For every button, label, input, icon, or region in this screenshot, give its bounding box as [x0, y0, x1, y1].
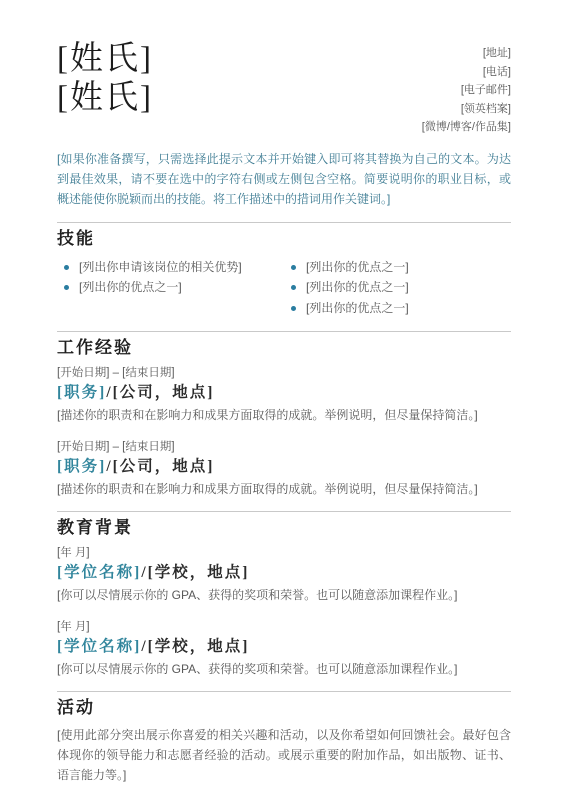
contact-block: [地址] [电话] [电子邮件] [领英档案] [微博/博客/作品集] — [422, 40, 511, 137]
education-title-line: [学位名称]/[学校，地点] — [57, 561, 511, 584]
school-location[interactable]: [学校，地点] — [148, 564, 250, 581]
education-title-line: [学位名称]/[学校，地点] — [57, 635, 511, 658]
contact-linkedin[interactable]: [领英档案] — [422, 100, 511, 119]
skill-item[interactable]: [列出你的优点之一] — [284, 298, 511, 319]
education-entry: [年 月] [学位名称]/[学校，地点] [你可以尽情展示你的 GPA、获得的奖… — [57, 546, 511, 605]
section-education: 教育背景 [年 月] [学位名称]/[学校，地点] [你可以尽情展示你的 GPA… — [57, 511, 511, 678]
job-title[interactable]: [职务] — [57, 458, 106, 475]
skills-column-2: [列出你的优点之一] [列出你的优点之一] [列出你的优点之一] — [284, 257, 511, 319]
section-experience: 工作经验 [开始日期] – [结束日期] [职务]/[公司，地点] [描述你的职… — [57, 331, 511, 498]
summary-paragraph[interactable]: [如果你准备撰写，只需选择此提示文本并开始键入即可将其替换为自己的文本。为达到最… — [57, 149, 511, 209]
contact-portfolio[interactable]: [微博/博客/作品集] — [422, 118, 511, 137]
skill-item[interactable]: [列出你申请该岗位的相关优势] — [57, 257, 284, 278]
experience-title-line: [职务]/[公司，地点] — [57, 381, 511, 404]
company-location[interactable]: [公司，地点] — [113, 458, 215, 475]
experience-description[interactable]: [描述你的职责和在影响力和成果方面取得的成就。举例说明，但尽量保持简洁。] — [57, 480, 511, 499]
contact-email[interactable]: [电子邮件] — [422, 81, 511, 100]
section-skills: 技能 [列出你申请该岗位的相关优势] [列出你的优点之一] [列出你的优点之一]… — [57, 222, 511, 319]
experience-heading: 工作经验 — [57, 336, 511, 360]
name-block: [姓氏] [姓氏] — [57, 40, 153, 118]
education-description[interactable]: [你可以尽情展示你的 GPA、获得的奖项和荣誉。也可以随意添加课程作业。] — [57, 660, 511, 679]
education-dates[interactable]: [年 月] — [57, 546, 511, 561]
experience-dates[interactable]: [开始日期] – [结束日期] — [57, 440, 511, 455]
section-activities: 活动 [使用此部分突出展示你喜爱的相关兴趣和活动，以及你希望如何回馈社会。最好包… — [57, 691, 511, 785]
contact-address[interactable]: [地址] — [422, 44, 511, 63]
education-heading: 教育背景 — [57, 516, 511, 540]
degree-name[interactable]: [学位名称] — [57, 638, 141, 655]
education-dates[interactable]: [年 月] — [57, 620, 511, 635]
skill-item[interactable]: [列出你的优点之一] — [284, 277, 511, 298]
experience-entry: [开始日期] – [结束日期] [职务]/[公司，地点] [描述你的职责和在影响… — [57, 366, 511, 425]
school-location[interactable]: [学校，地点] — [148, 638, 250, 655]
experience-dates[interactable]: [开始日期] – [结束日期] — [57, 366, 511, 381]
experience-title-line: [职务]/[公司，地点] — [57, 455, 511, 478]
skill-item[interactable]: [列出你的优点之一] — [284, 257, 511, 278]
job-title[interactable]: [职务] — [57, 384, 106, 401]
name-line-1[interactable]: [姓氏] — [57, 40, 153, 79]
activities-heading: 活动 — [57, 696, 511, 720]
education-description[interactable]: [你可以尽情展示你的 GPA、获得的奖项和荣誉。也可以随意添加课程作业。] — [57, 586, 511, 605]
education-entry: [年 月] [学位名称]/[学校，地点] [你可以尽情展示你的 GPA、获得的奖… — [57, 620, 511, 679]
skills-heading: 技能 — [57, 227, 511, 251]
experience-description[interactable]: [描述你的职责和在影响力和成果方面取得的成就。举例说明，但尽量保持简洁。] — [57, 406, 511, 425]
degree-name[interactable]: [学位名称] — [57, 564, 141, 581]
name-line-2[interactable]: [姓氏] — [57, 79, 153, 118]
contact-phone[interactable]: [电话] — [422, 63, 511, 82]
skill-item[interactable]: [列出你的优点之一] — [57, 277, 284, 298]
skills-columns: [列出你申请该岗位的相关优势] [列出你的优点之一] [列出你的优点之一] [列… — [57, 257, 511, 319]
header: [姓氏] [姓氏] [地址] [电话] [电子邮件] [领英档案] [微博/博客… — [57, 40, 511, 137]
resume-page: [姓氏] [姓氏] [地址] [电话] [电子邮件] [领英档案] [微博/博客… — [0, 0, 564, 800]
experience-entry: [开始日期] – [结束日期] [职务]/[公司，地点] [描述你的职责和在影响… — [57, 440, 511, 499]
company-location[interactable]: [公司，地点] — [113, 384, 215, 401]
skills-column-1: [列出你申请该岗位的相关优势] [列出你的优点之一] — [57, 257, 284, 319]
activities-description[interactable]: [使用此部分突出展示你喜爱的相关兴趣和活动，以及你希望如何回馈社会。最好包含体现… — [57, 725, 511, 785]
